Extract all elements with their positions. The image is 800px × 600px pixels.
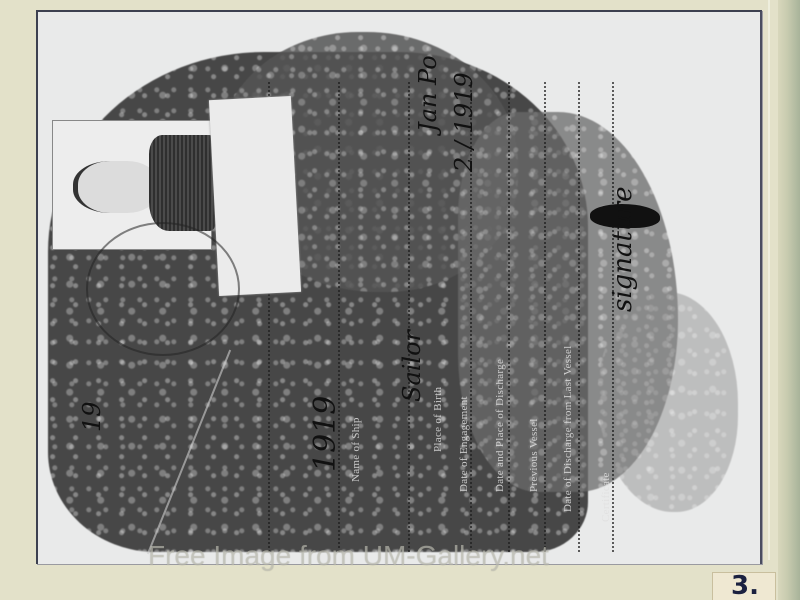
document-sheet: Name of Ship Place of Birth Date of Enga… — [36, 10, 762, 564]
portrait-head — [73, 161, 156, 213]
printed-field: Previous Vessel — [528, 418, 540, 492]
printed-field: Place of Birth — [432, 387, 444, 452]
signature: signature — [608, 186, 638, 312]
handwritten-date: 2 / 1919 — [450, 72, 478, 172]
board-tag-label: 3. — [731, 571, 759, 600]
ruled-line — [612, 82, 614, 552]
printed-field: Name of Ship — [350, 417, 362, 482]
ruled-line — [508, 82, 510, 552]
mount-board-line — [768, 0, 770, 560]
ruled-line — [408, 82, 410, 552]
printed-field: Date of Engagement — [458, 396, 470, 492]
printed-field: Certificate — [600, 472, 612, 522]
handwritten-occupation: Sailor — [398, 330, 426, 402]
watermark: Free Image from UM-Gallery.net — [148, 540, 549, 572]
handwritten-name: Jan Po — [414, 55, 442, 132]
portrait-coat — [149, 135, 215, 231]
ruled-line — [578, 82, 580, 552]
ruled-line — [338, 82, 340, 552]
stamp-mark — [86, 222, 240, 356]
printed-field: Date of Discharge from Last Vessel — [562, 346, 574, 513]
handwritten-number: 1919 — [308, 396, 343, 472]
mount-board-edge — [778, 0, 800, 600]
board-tag: 3. — [712, 572, 776, 600]
toner-area — [598, 292, 738, 512]
printed-field: Date and Place of Discharge — [494, 359, 506, 492]
ruled-line — [544, 82, 546, 552]
handwritten-year: 19 — [78, 401, 106, 432]
